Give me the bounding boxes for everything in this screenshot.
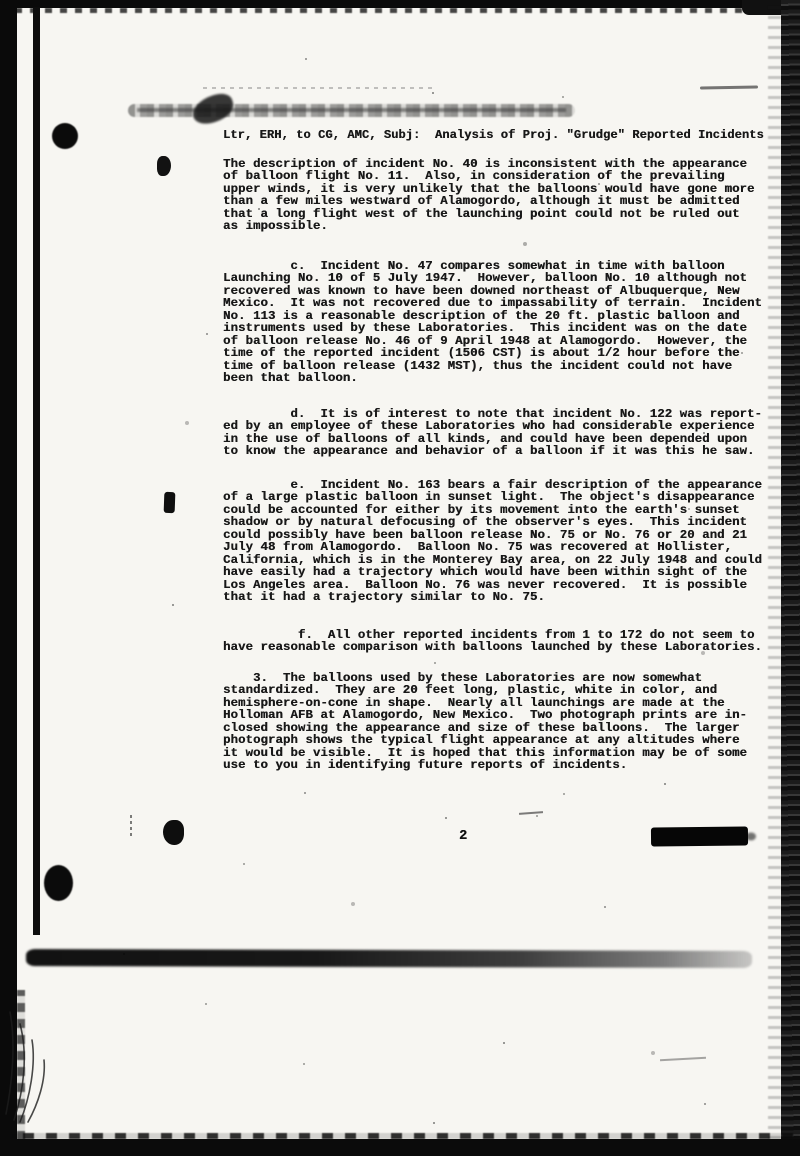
faint-scan-line	[203, 87, 435, 89]
page-separator-shadow	[26, 949, 752, 968]
margin-ink-blob-2	[164, 492, 176, 513]
scan-noise-speckles	[0, 0, 2, 2]
margin-dotted-mark	[130, 814, 132, 836]
page-number: 2	[459, 830, 467, 844]
scan-edge-left	[0, 0, 17, 1156]
faint-dash-mark	[660, 1057, 706, 1061]
paragraph-d: d. It is of interest to note that incide…	[223, 408, 762, 458]
header-ink-blob	[189, 90, 237, 128]
redaction-bar	[651, 826, 748, 846]
hole-punch-top-icon	[52, 123, 78, 149]
letter-subject-line: Ltr, ERH, to CG, AMC, Subj: Analysis of …	[223, 129, 764, 141]
scan-edge-right-fringe	[768, 0, 781, 1156]
scan-edge-top	[0, 0, 800, 8]
pen-dash-mark	[700, 85, 758, 89]
paragraph-f: f. All other reported incidents from 1 t…	[223, 629, 762, 654]
hole-punch-bottom-icon	[44, 865, 73, 901]
paragraph-e: e. Incident No. 163 bears a fair descrip…	[223, 479, 762, 604]
paragraph-3: 3. The balloons used by these Laboratori…	[223, 672, 747, 772]
small-dash-mark	[519, 811, 543, 815]
margin-ink-blob-3	[163, 820, 184, 845]
margin-ink-blob-1	[157, 156, 171, 176]
scanned-document-page: Ltr, ERH, to CG, AMC, Subj: Analysis of …	[0, 0, 800, 1156]
paragraph-b-continuation: The description of incident No. 40 is in…	[223, 158, 754, 233]
scan-edge-right	[781, 0, 800, 1156]
page-fold-line	[33, 7, 40, 935]
scratch-marks-icon	[2, 1002, 72, 1128]
paragraph-c: c. Incident No. 47 compares somewhat in …	[223, 260, 762, 385]
scan-edge-bottom	[0, 1139, 800, 1156]
